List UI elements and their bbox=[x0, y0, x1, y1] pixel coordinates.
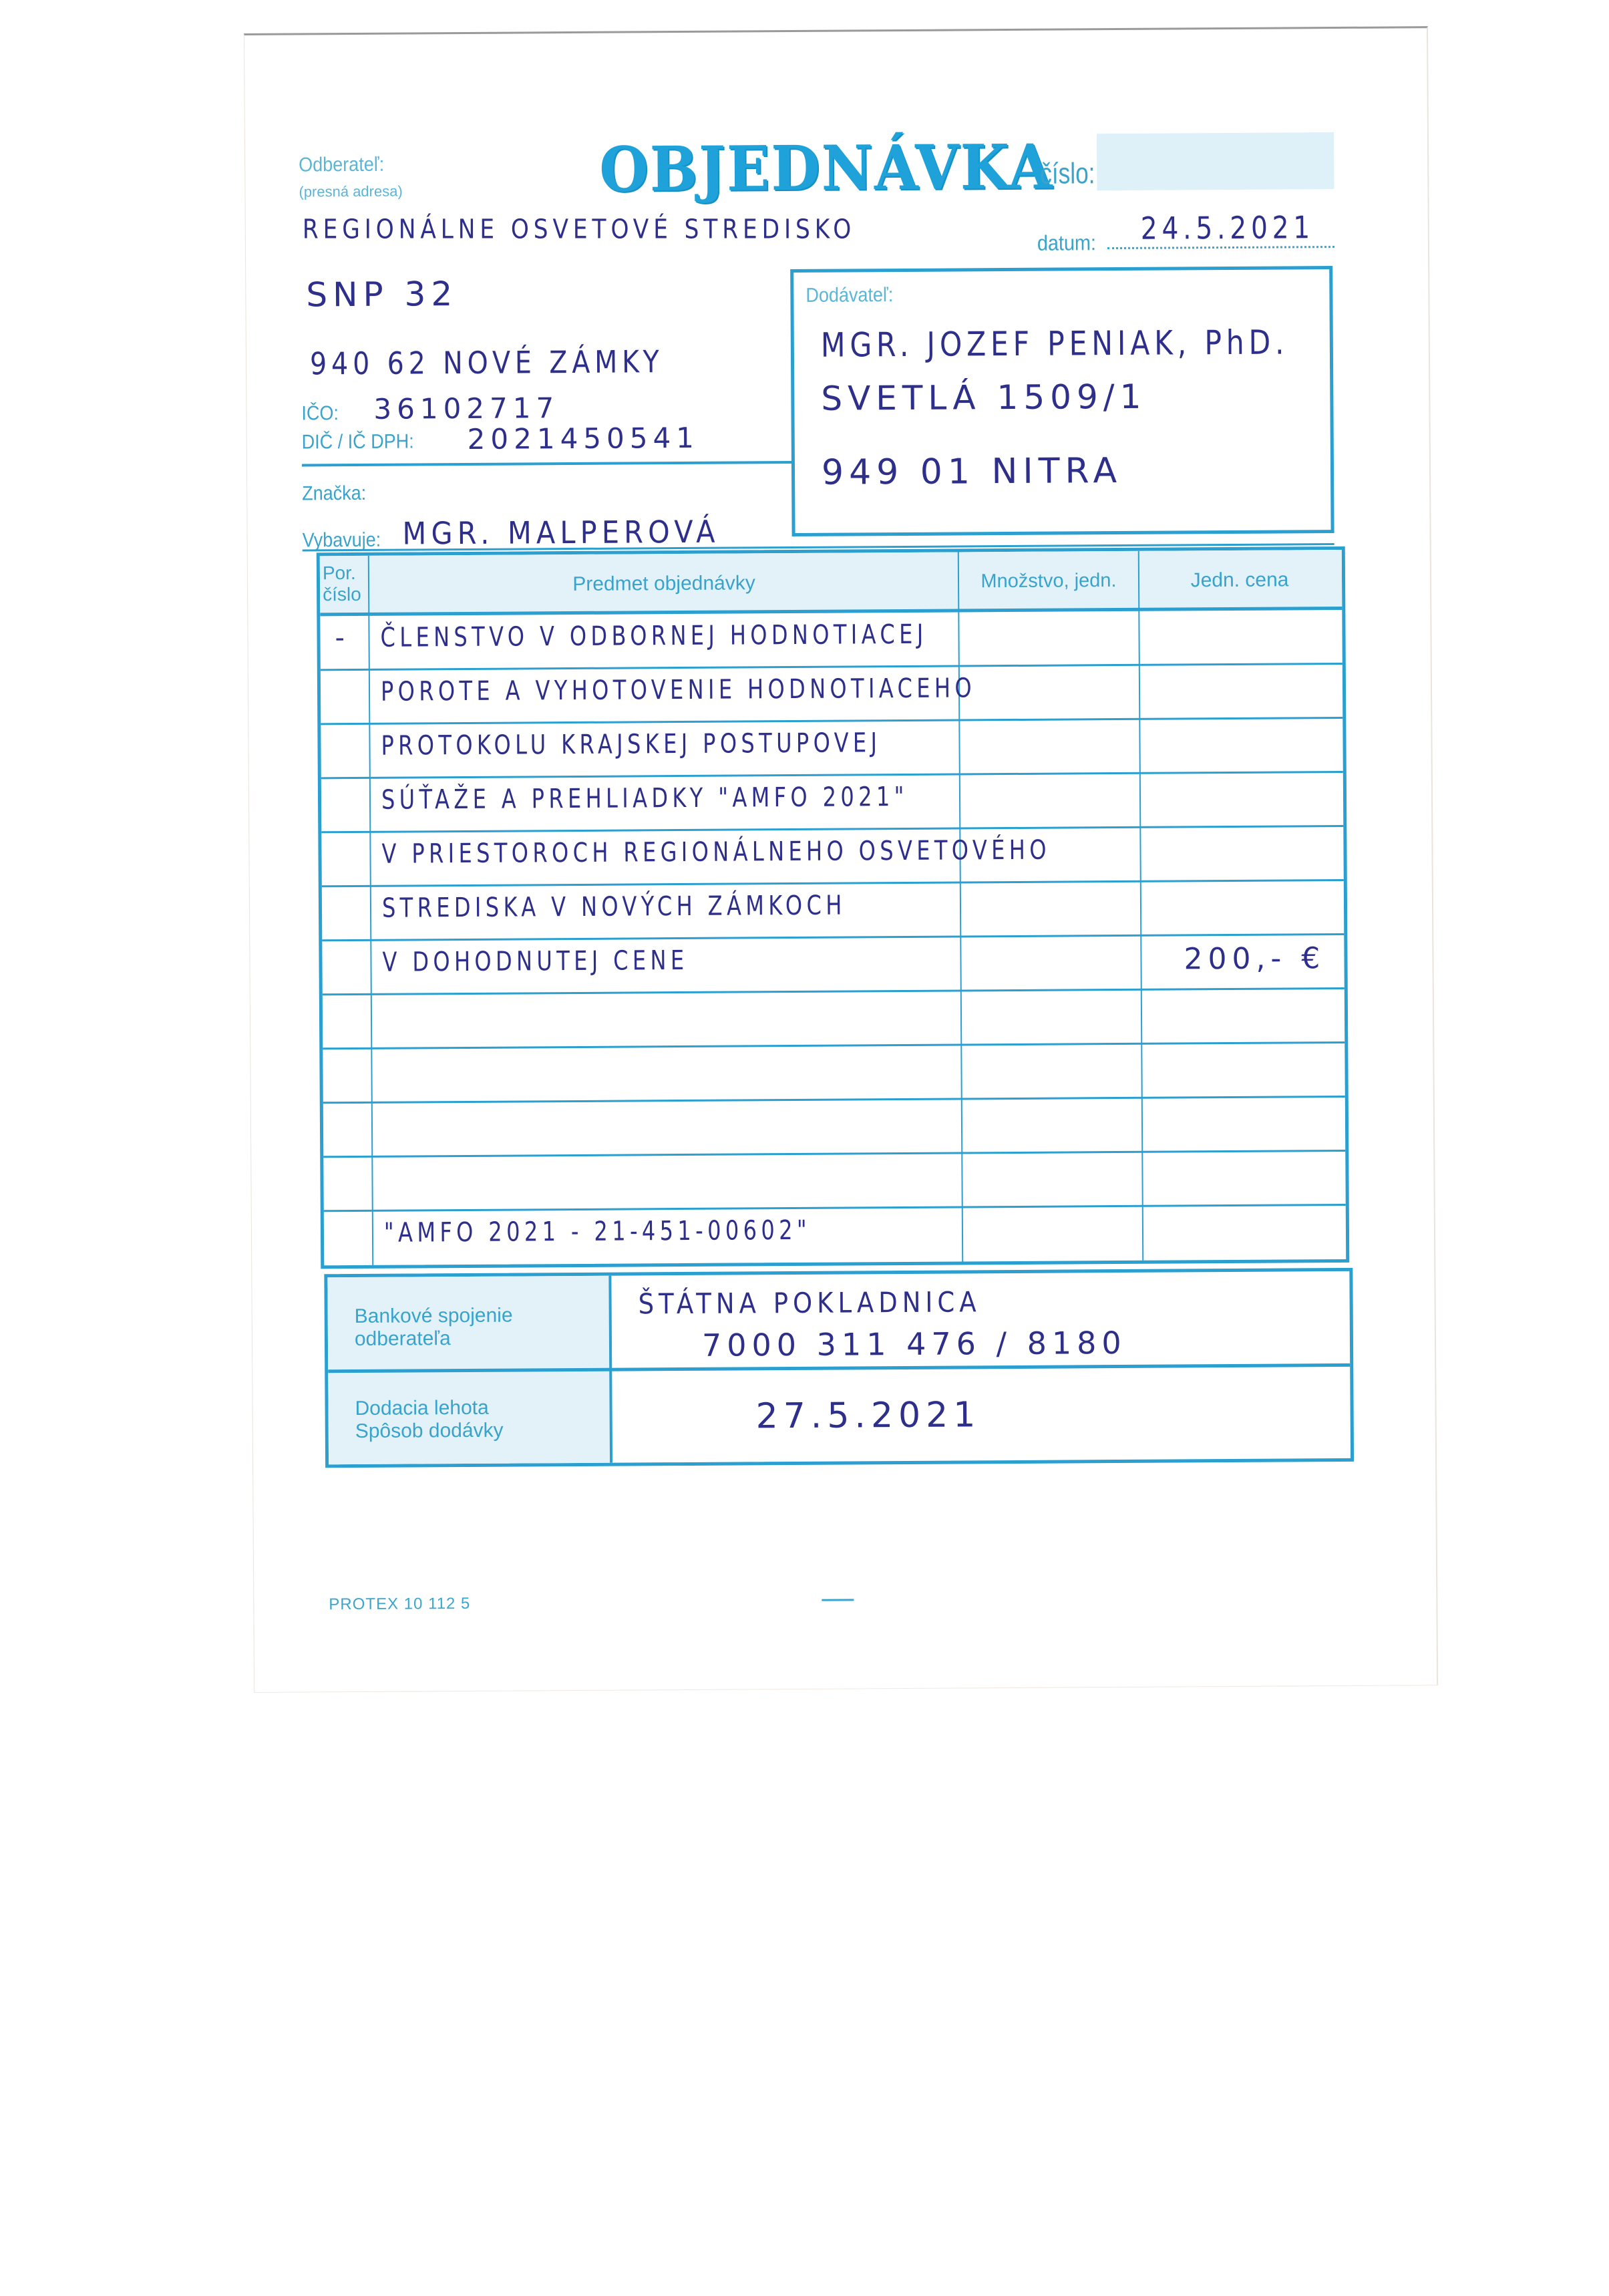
date-value: 24.5.2021 bbox=[1141, 209, 1315, 247]
handler-value: MGR. MALPEROVÁ bbox=[402, 514, 719, 552]
mark-label: Značka: bbox=[302, 482, 366, 506]
row-subject: V PRIESTOROCH REGIONÁLNEHO OSVETOVÉHO bbox=[381, 834, 1051, 869]
row-subject: STREDISKA V NOVÝCH ZÁMKOCH bbox=[382, 890, 846, 923]
customer-sublabel: (presná adresa) bbox=[299, 183, 402, 201]
customer-divider bbox=[302, 461, 793, 466]
supplier-street: SVETLÁ 1509/1 bbox=[821, 377, 1146, 418]
row-subject: SÚŤAŽE A PREHLIADKY "AMFO 2021" bbox=[381, 782, 908, 816]
form-code: PROTEX 10 112 5 bbox=[329, 1595, 470, 1614]
supplier-box: Dodávateľ: MGR. JOZEF PENIAK, PhD. SVETL… bbox=[790, 266, 1334, 536]
table-row bbox=[323, 989, 1345, 1049]
date-label: datum: bbox=[1037, 230, 1096, 256]
payment-delivery-table: Bankové spojenie odberateľa ŠTÁTNA POKLA… bbox=[324, 1268, 1354, 1468]
row-subject: "AMFO 2021 - 21-451-00602" bbox=[384, 1215, 811, 1249]
bank-name: ŠTÁTNA POKLADNICA bbox=[638, 1285, 980, 1320]
delivery-date: 27.5.2021 bbox=[755, 1395, 980, 1436]
table-row: V PRIESTOROCH REGIONÁLNEHO OSVETOVÉHO bbox=[321, 826, 1343, 886]
row-subject: V DOHODNUTEJ CENE bbox=[382, 945, 688, 978]
header-quantity: Množstvo, jedn. bbox=[959, 570, 1138, 593]
row-subject: POROTE A VYHOTOVENIE HODNOTIACEHO bbox=[381, 673, 976, 707]
bank-label: Bankové spojenie odberateľa bbox=[355, 1305, 513, 1351]
delivery-label: Dodacia lehota Spôsob dodávky bbox=[355, 1397, 503, 1443]
order-number-label: číslo: bbox=[1040, 157, 1095, 191]
dic-label: DIČ / IČ DPH: bbox=[302, 430, 414, 454]
supplier-label: Dodávateľ: bbox=[806, 284, 893, 307]
row-price: 200,- € bbox=[1184, 941, 1325, 976]
ico-label: IČO: bbox=[301, 402, 339, 425]
table-row: PROTOKOLU KRAJSKEJ POSTUPOVEJ bbox=[321, 718, 1343, 778]
order-number-field[interactable] bbox=[1097, 132, 1334, 190]
header-unit-price: Jedn. cena bbox=[1139, 568, 1340, 593]
ico-value: 36102717 bbox=[373, 391, 559, 426]
table-row: "AMFO 2021 - 21-451-00602" bbox=[324, 1205, 1346, 1265]
dic-value: 2021450541 bbox=[468, 422, 700, 456]
row-subject: ČLENSTVO V ODBORNEJ HODNOTIACEJ bbox=[380, 619, 927, 653]
supplier-city: 949 01 NITRA bbox=[822, 451, 1122, 493]
table-row: STREDISKA V NOVÝCH ZÁMKOCH bbox=[322, 880, 1344, 941]
form-title: OBJEDNÁVKA bbox=[599, 131, 1054, 206]
header-por-cislo: Por. číslo bbox=[323, 562, 367, 605]
order-form-page: Odberateľ: (presná adresa) OBJEDNÁVKA čí… bbox=[244, 26, 1438, 1693]
row-number: - bbox=[335, 623, 350, 653]
row-subject: PROTOKOLU KRAJSKEJ POSTUPOVEJ bbox=[381, 727, 881, 762]
customer-street: SNP 32 bbox=[306, 275, 458, 314]
header-subject: Predmet objednávky bbox=[370, 570, 958, 597]
bank-account: 7000 311 476 / 8180 bbox=[702, 1325, 1127, 1363]
table-row bbox=[323, 1043, 1345, 1103]
table-row: POROTE A VYHOTOVENIE HODNOTIACEHO bbox=[321, 664, 1343, 724]
table-row: -ČLENSTVO V ODBORNEJ HODNOTIACEJ bbox=[320, 610, 1342, 670]
table-row bbox=[323, 1151, 1345, 1211]
supplier-name: MGR. JOZEF PENIAK, PhD. bbox=[821, 323, 1289, 364]
items-table: Por. číslo Predmet objednávky Množstvo, … bbox=[317, 546, 1350, 1269]
customer-city: 940 62 NOVÉ ZÁMKY bbox=[310, 343, 664, 381]
table-row: V DOHODNUTEJ CENE200,- € bbox=[322, 935, 1344, 995]
customer-name: REGIONÁLNE OSVETOVÉ STREDISKO bbox=[303, 214, 856, 244]
table-row bbox=[323, 1097, 1345, 1157]
footer-dash bbox=[822, 1599, 854, 1601]
customer-label: Odberateľ: bbox=[299, 154, 384, 177]
table-row: SÚŤAŽE A PREHLIADKY "AMFO 2021" bbox=[321, 772, 1343, 832]
